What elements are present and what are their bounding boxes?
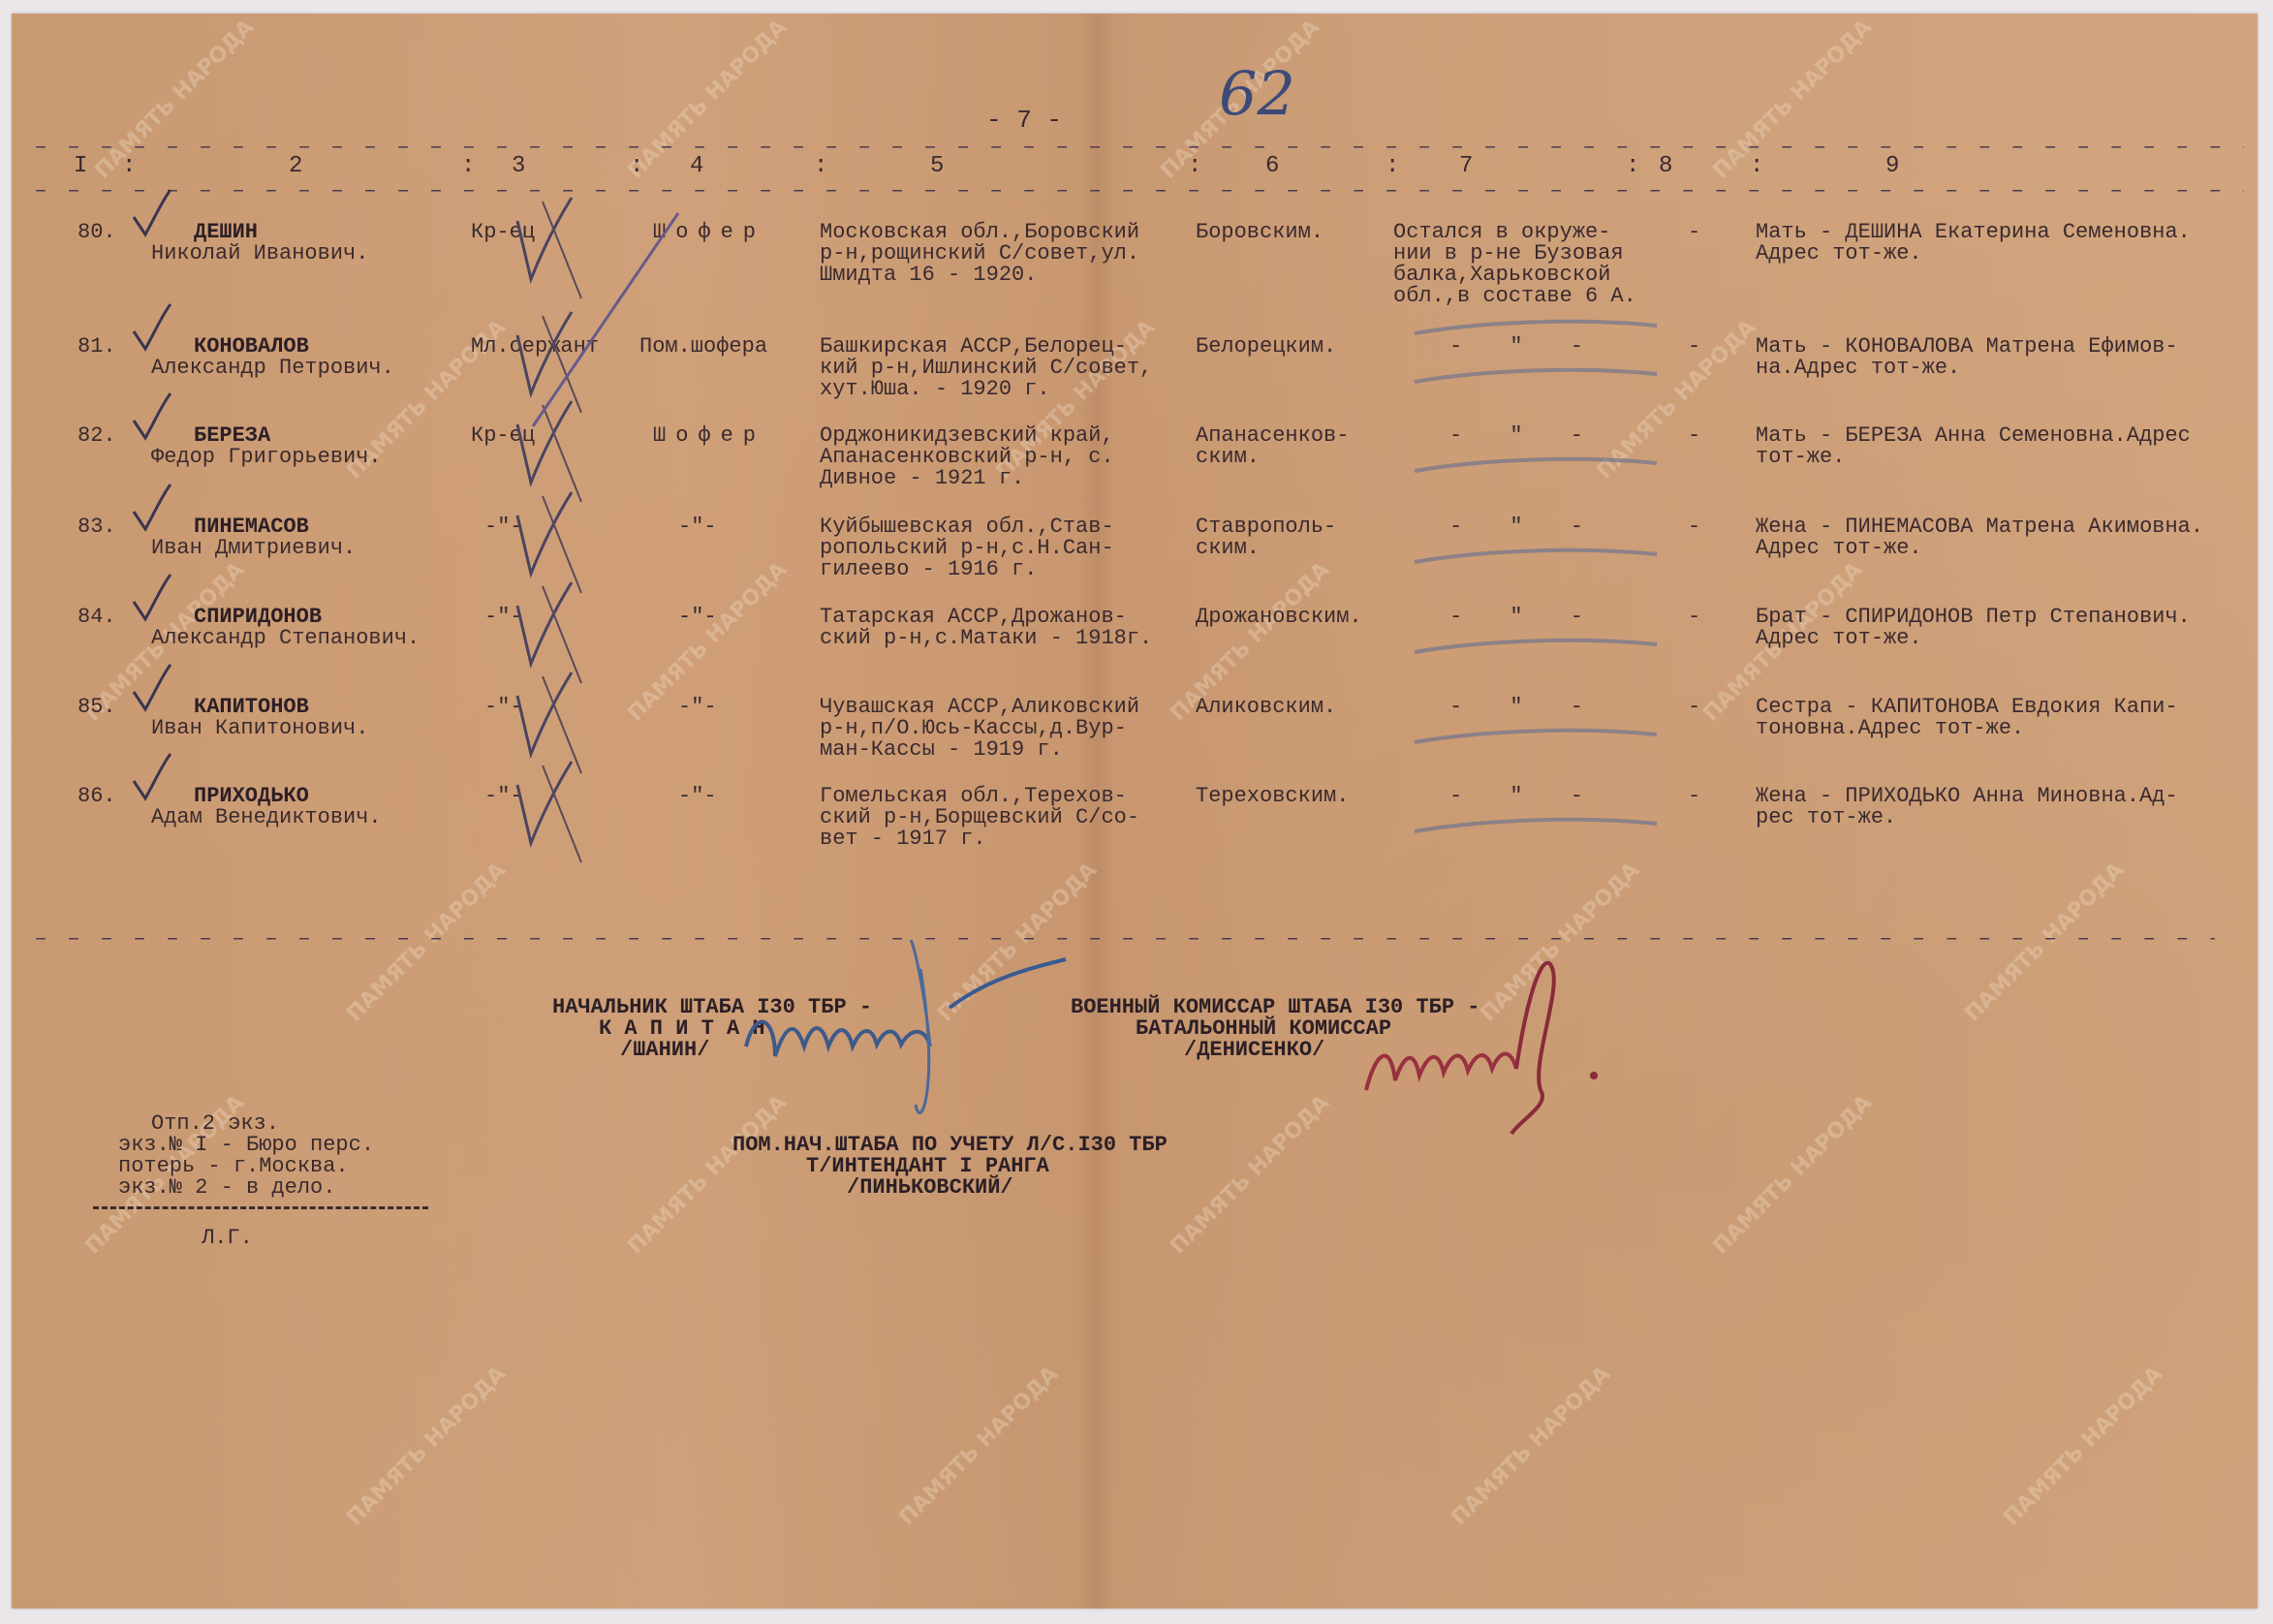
column-number: 6	[1265, 153, 1279, 179]
soldier-position: -"-	[678, 785, 717, 808]
diagonal-pencil-stroke	[504, 203, 698, 455]
enlistment-office-line: Боровским.	[1196, 221, 1323, 244]
row-number: 85.	[78, 696, 116, 719]
birthplace-line: гилеево - 1916 г.	[820, 558, 1037, 581]
enlistment-office-line: ским.	[1196, 446, 1260, 469]
column-number: 7	[1459, 153, 1473, 179]
soldier-position: -"-	[678, 515, 717, 539]
check-mark-icon	[126, 302, 184, 360]
column-number: 9	[1885, 153, 1899, 179]
distribution-rule	[93, 1206, 428, 1209]
enlistment-office-line: ским.	[1196, 537, 1260, 560]
column-number: I	[74, 153, 87, 179]
pencil-underline-mark	[1405, 362, 1676, 401]
next-of-kin-line: Адрес тот-же.	[1756, 627, 1922, 650]
column-number: 8	[1659, 153, 1672, 179]
check-mark-icon	[126, 573, 184, 631]
circumstances-line: - " -	[1449, 696, 1601, 719]
column-separator: :	[1626, 153, 1639, 179]
circumstances-line: обл.,в составе 6 А.	[1393, 285, 1636, 308]
column-separator: :	[122, 153, 136, 179]
column-number: 4	[690, 153, 703, 179]
circumstances-line: - " -	[1449, 424, 1601, 448]
enlistment-office-line: Дрожановским.	[1196, 606, 1362, 629]
row-number: 82.	[78, 424, 116, 448]
soldier-given-names: Адам Венедиктович.	[151, 806, 382, 829]
next-of-kin-line: тоновна.Адрес тот-же.	[1756, 717, 2024, 740]
typist-initials: Л.Г.	[202, 1227, 253, 1250]
column-separator: :	[814, 153, 827, 179]
circumstances-line: - " -	[1449, 515, 1601, 539]
table-end-rule: = = = = = = = = = = = = = = = = = = = = …	[35, 932, 2215, 942]
birthplace-line: Дивное - 1921 г.	[820, 467, 1024, 490]
enlistment-office-line: Аликовским.	[1196, 696, 1336, 719]
soldier-position: -"-	[678, 606, 717, 629]
birthplace-line: ский р-н,с.Матаки - 1918г.	[820, 627, 1152, 650]
page-number-typed: - 7 -	[986, 109, 1062, 132]
pencil-underline-mark	[1405, 723, 1676, 762]
column-separator: :	[1750, 153, 1763, 179]
next-of-kin-line: рес тот-же.	[1756, 806, 1896, 829]
birthplace-line: Шмидта 16 - 1920.	[820, 264, 1037, 287]
column-separator: :	[630, 153, 643, 179]
soldier-given-names: Александр Петрович.	[151, 357, 394, 380]
check-mark-icon	[126, 663, 184, 721]
soldier-position: -"-	[678, 696, 717, 719]
column-8-value: -	[1688, 785, 1700, 808]
chief-name: /ШАНИН/	[620, 1039, 709, 1062]
column-number: 2	[289, 153, 302, 179]
column-8-value: -	[1688, 515, 1700, 539]
blue-signature-mark	[717, 940, 1085, 1124]
check-mark-icon	[126, 752, 184, 810]
commissar-name: /ДЕНИСЕНКО/	[1184, 1039, 1324, 1062]
next-of-kin-line: Адрес тот-же.	[1756, 242, 1922, 265]
red-signature-mark	[1356, 945, 1608, 1139]
soldier-given-names: Александр Степанович.	[151, 627, 420, 650]
birthplace-line: вет - 1917 г.	[820, 828, 986, 851]
circumstances-line: - " -	[1449, 606, 1601, 629]
column-8-value: -	[1688, 696, 1700, 719]
row-number: 83.	[78, 515, 116, 539]
next-of-kin-line: тот-же.	[1756, 446, 1845, 469]
header-rule-top: = = = = = = = = = = = = = = = = = = = = …	[35, 141, 2244, 150]
row-number: 80.	[78, 221, 116, 244]
distribution-line-4: экз.№ 2 - в дело.	[118, 1176, 335, 1200]
column-number: 5	[930, 153, 944, 179]
header-rule-bottom: = = = = = = = = = = = = = = = = = = = = …	[35, 184, 2244, 194]
pencil-underline-mark	[1405, 452, 1676, 490]
pencil-underline-mark	[1405, 633, 1676, 671]
next-of-kin-line: на.Адрес тот-же.	[1756, 357, 1960, 380]
column-separator: :	[1386, 153, 1399, 179]
pencil-underline-mark	[1405, 543, 1676, 581]
soldier-given-names: Федор Григорьевич.	[151, 446, 382, 469]
check-mark-icon	[126, 483, 184, 541]
pencil-underline-mark	[1405, 812, 1676, 851]
row-number: 81.	[78, 335, 116, 359]
circumstances-line: - " -	[1449, 335, 1601, 359]
column-separator: :	[461, 153, 475, 179]
birthplace-line: ман-Кассы - 1919 г.	[820, 738, 1063, 762]
assistant-name: /ПИНЬКОВСКИЙ/	[847, 1176, 1013, 1200]
enlistment-office-line: Тереховским.	[1196, 785, 1349, 808]
column-8-value: -	[1688, 606, 1700, 629]
row-number: 86.	[78, 785, 116, 808]
column-number: 3	[512, 153, 525, 179]
column-8-value: -	[1688, 424, 1700, 448]
verification-tick-icon	[504, 765, 591, 872]
column-8-value: -	[1688, 335, 1700, 359]
enlistment-office-line: Белорецким.	[1196, 335, 1336, 359]
next-of-kin-line: Адрес тот-же.	[1756, 537, 1922, 560]
birthplace-line: хут.Юша. - 1920 г.	[820, 378, 1050, 401]
row-number: 84.	[78, 606, 116, 629]
page-number-handwritten: 62	[1219, 58, 1295, 129]
circumstances-line: - " -	[1449, 785, 1601, 808]
check-mark-icon	[126, 188, 184, 246]
column-8-value: -	[1688, 221, 1700, 244]
column-separator: :	[1188, 153, 1201, 179]
check-mark-icon	[126, 391, 184, 450]
